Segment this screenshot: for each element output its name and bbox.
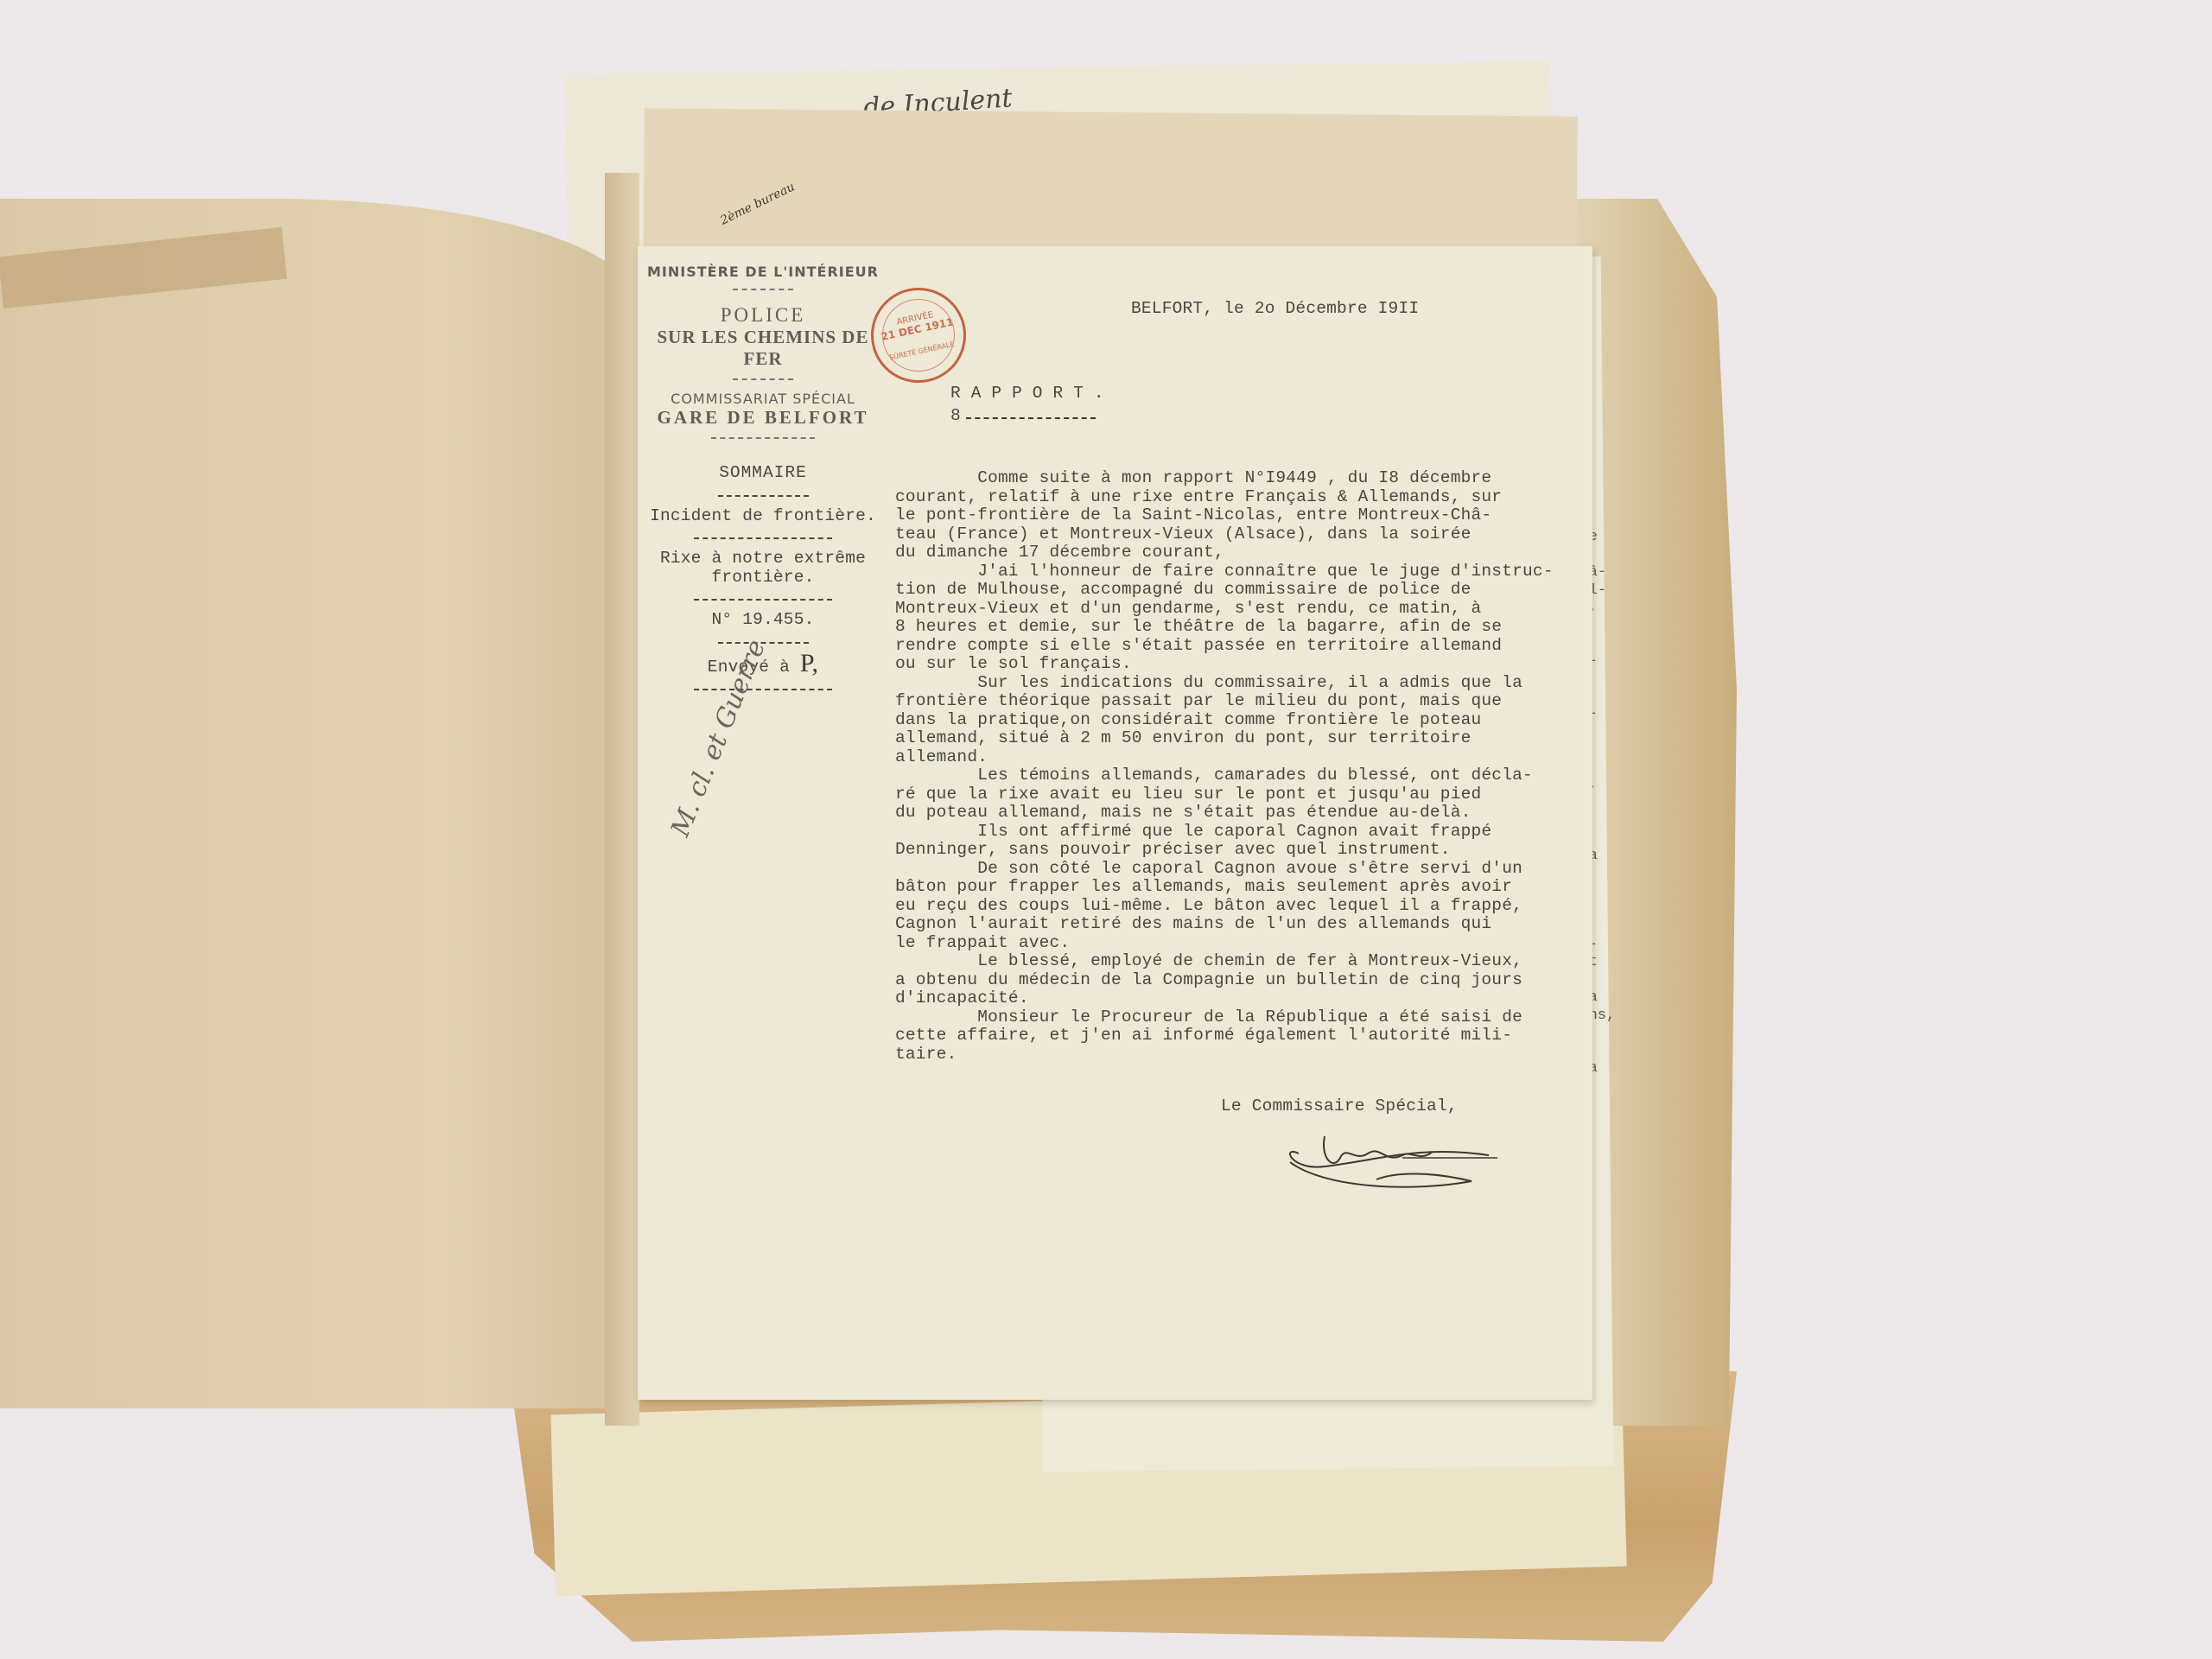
body-line: dans la pratique,on considérait comme fr… bbox=[895, 711, 1554, 730]
summary-text: Rixe à notre extrême frontière. bbox=[638, 550, 888, 587]
body-line: J'ai l'honneur de faire connaître que le… bbox=[895, 563, 1554, 582]
divider bbox=[694, 689, 832, 690]
folder-spine bbox=[605, 173, 639, 1426]
letterhead-station: GARE DE BELFORT bbox=[638, 407, 888, 429]
body-line: Denninger, sans pouvoir préciser avec qu… bbox=[895, 841, 1554, 860]
handwritten-signature bbox=[1273, 1119, 1497, 1197]
body-line: le frappait avec. bbox=[895, 934, 1554, 953]
body-line: tion de Mulhouse, accompagné du commissa… bbox=[895, 581, 1554, 600]
closing-signatory: Le Commissaire Spécial, bbox=[1221, 1097, 1458, 1116]
divider bbox=[733, 373, 793, 380]
summary-title: SOMMAIRE bbox=[638, 464, 888, 483]
body-line: Cagnon l'aurait retiré des mains de l'un… bbox=[895, 915, 1554, 934]
body-line: ou sur le sol français. bbox=[895, 655, 1554, 674]
body-line: le pont-frontière de la Saint-Nicolas, e… bbox=[895, 506, 1554, 525]
letterhead-commissariat: COMMISSARIAT SPÉCIAL bbox=[638, 391, 888, 407]
body-line: allemand. bbox=[895, 748, 1554, 767]
body-line: d'incapacité. bbox=[895, 989, 1554, 1008]
body-line: eu reçu des coups lui-même. Le bâton ave… bbox=[895, 897, 1554, 916]
summary-subject: Incident de frontière. bbox=[638, 507, 888, 526]
letterhead-railways: SUR LES CHEMINS DE FER bbox=[638, 327, 888, 370]
sent-to-value: P, bbox=[800, 649, 818, 677]
body-line: du poteau allemand, mais ne s'était pas … bbox=[895, 804, 1554, 823]
body-line: frontière théorique passait par le milie… bbox=[895, 692, 1554, 711]
letterhead: MINISTÈRE DE L'INTÉRIEUR POLICE SUR LES … bbox=[638, 264, 888, 442]
body-line: 8 heures et demie, sur le théâtre de la … bbox=[895, 618, 1554, 637]
body-line: Sur les indications du commissaire, il a… bbox=[895, 674, 1554, 693]
body-line: Le blessé, employé de chemin de fer à Mo… bbox=[895, 952, 1554, 971]
date-line: BELFORT, le 2o Décembre I9II bbox=[1131, 300, 1419, 319]
body-line: cette affaire, et j'en ai informé égalem… bbox=[895, 1027, 1554, 1046]
divider bbox=[694, 537, 832, 539]
folder-left-leaf bbox=[0, 199, 635, 1408]
title-underline bbox=[966, 417, 1096, 419]
body-line: taire. bbox=[895, 1046, 1554, 1065]
body-line: Montreux-Vieux et d'un gendarme, s'est r… bbox=[895, 600, 1554, 619]
report-number-prefix: 8 bbox=[950, 407, 961, 426]
divider bbox=[733, 283, 793, 290]
report-page: MINISTÈRE DE L'INTÉRIEUR POLICE SUR LES … bbox=[638, 246, 1592, 1400]
body-line: De son côté le caporal Cagnon avoue s'êt… bbox=[895, 860, 1554, 879]
divider bbox=[718, 495, 809, 497]
letterhead-ministry: MINISTÈRE DE L'INTÉRIEUR bbox=[638, 264, 888, 280]
report-title: RAPPORT. bbox=[950, 385, 1115, 404]
body-line: Les témoins allemands, camarades du bles… bbox=[895, 766, 1554, 785]
report-body: Comme suite à mon rapport N°I9449 , du I… bbox=[895, 469, 1554, 1064]
body-line: Monsieur le Procureur de la République a… bbox=[895, 1008, 1554, 1027]
letterhead-police: POLICE bbox=[638, 304, 888, 327]
summary-number: N° 19.455. bbox=[638, 611, 888, 630]
divider bbox=[694, 599, 832, 601]
body-line: ré que la rixe avait eu lieu sur le pont… bbox=[895, 785, 1554, 804]
body-line: allemand, situé à 2 m 50 environ du pont… bbox=[895, 729, 1554, 748]
divider bbox=[711, 432, 815, 439]
body-line: rendre compte si elle s'était passée en … bbox=[895, 637, 1554, 656]
body-line: a obtenu du médecin de la Compagnie un b… bbox=[895, 971, 1554, 990]
body-line: Ils ont affirmé que le caporal Cagnon av… bbox=[895, 823, 1554, 842]
body-line: du dimanche 17 décembre courant, bbox=[895, 543, 1554, 563]
body-line: Comme suite à mon rapport N°I9449 , du I… bbox=[895, 469, 1554, 488]
body-line: courant, relatif à une rixe entre França… bbox=[895, 488, 1554, 507]
body-line: bâton pour frapper les allemands, mais s… bbox=[895, 878, 1554, 897]
body-line: teau (France) et Montreux-Vieux (Alsace)… bbox=[895, 525, 1554, 544]
